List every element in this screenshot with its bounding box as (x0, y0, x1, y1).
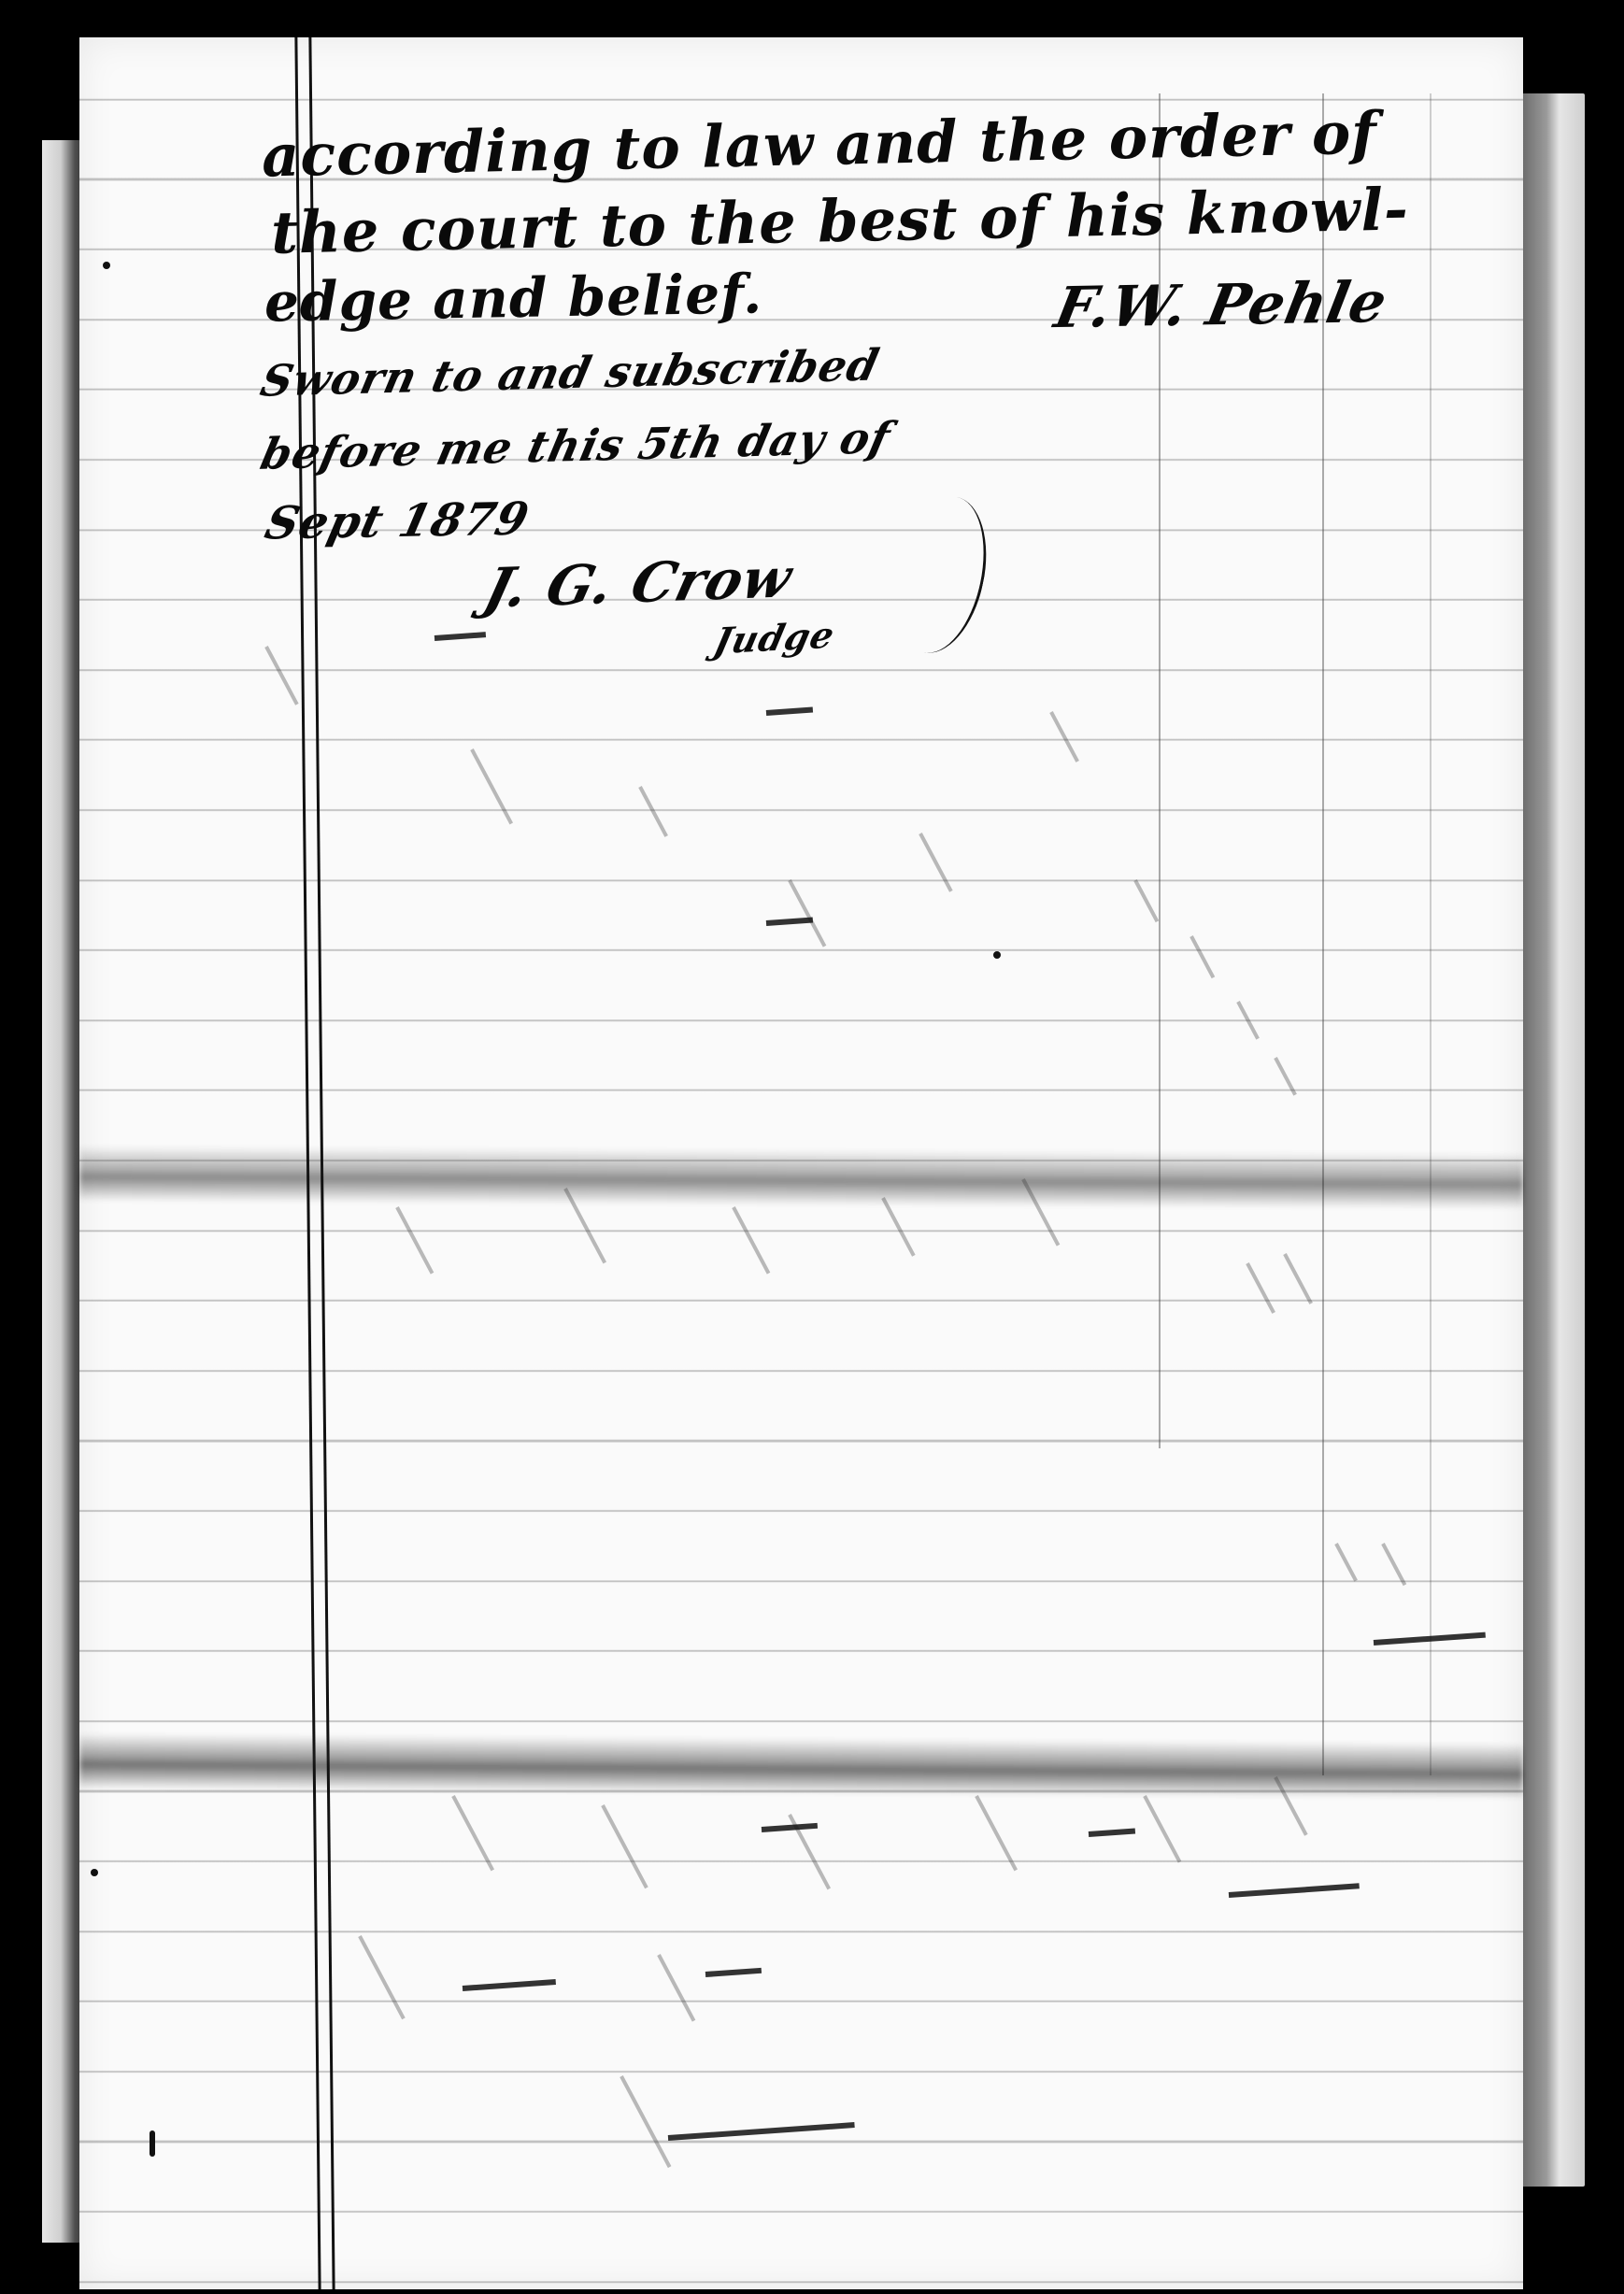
ink-speck (103, 262, 110, 269)
underlying-sheet-right-edge (1521, 93, 1585, 2187)
fold-crease (79, 1733, 1523, 1800)
column-rule (1322, 93, 1324, 1775)
jurat-line-3: Sept 1879 (261, 492, 534, 549)
column-rule (1430, 93, 1432, 1775)
judge-signature: J. G. Crow (478, 546, 799, 620)
fold-crease (79, 1146, 1523, 1209)
scanned-document: according to law and the order of the co… (0, 0, 1624, 2294)
ink-speck (91, 1869, 98, 1876)
ink-speck (993, 951, 1001, 959)
affiant-signature: F.W. Pehle (1049, 270, 1392, 341)
oath-text-line-3: edge and belief. (264, 262, 762, 334)
judge-title: Judge (710, 613, 839, 662)
ink-speck (150, 2130, 155, 2157)
